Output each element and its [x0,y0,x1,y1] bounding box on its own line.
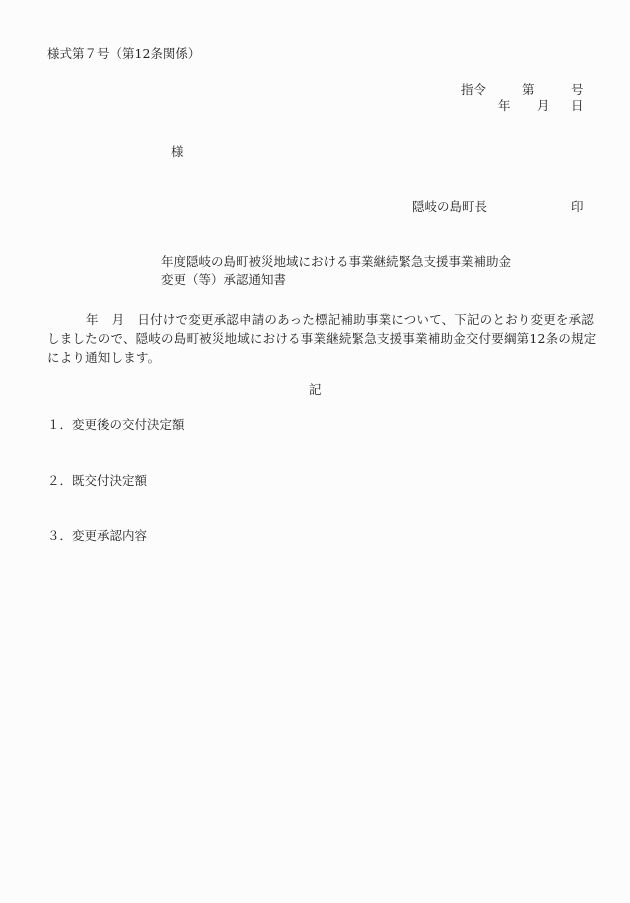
body-line-1: 年月日付けで変更承認申請のあった標記補助事業について、下記のとおり変更を承認 [47,310,585,329]
title-line-2: 変更（等）承認通知書 [161,274,286,287]
note-heading: 記 [309,384,322,397]
date-year-label: 年 [498,100,511,113]
directive-label: 指令 [461,84,486,97]
item-change-approval-details: ３．変更承認内容 [47,530,147,543]
item-changed-grant-amount: １．変更後の交付決定額 [47,419,185,432]
body-month: 月 [112,312,125,327]
body-line-2: しましたので、隠岐の島町被災地域における事業継続緊急支援事業補助金交付要綱第12… [47,329,585,348]
number-label: 第 [522,84,535,97]
issuer-name: 隠岐の島町長 [412,201,487,214]
date-day-label: 日 [571,100,584,113]
form-label: 様式第７号（第12条関係） [47,48,200,61]
body-line-3: により通知します。 [47,348,585,367]
number-suffix: 号 [571,84,584,97]
seal-label: 印 [571,201,584,214]
date-month-label: 月 [537,100,550,113]
item-existing-grant-amount: ２．既交付決定額 [47,475,147,488]
addressee-suffix: 様 [171,146,184,159]
body-line-1-text: 日付けで変更承認申請のあった標記補助事業について、下記のとおり変更を承認 [137,312,594,327]
body-year: 年 [86,312,99,327]
title-line-1: 年度隠岐の島町被災地域における事業継続緊急支援事業補助金 [161,256,511,269]
body-paragraph: 年月日付けで変更承認申請のあった標記補助事業について、下記のとおり変更を承認 し… [47,310,585,367]
